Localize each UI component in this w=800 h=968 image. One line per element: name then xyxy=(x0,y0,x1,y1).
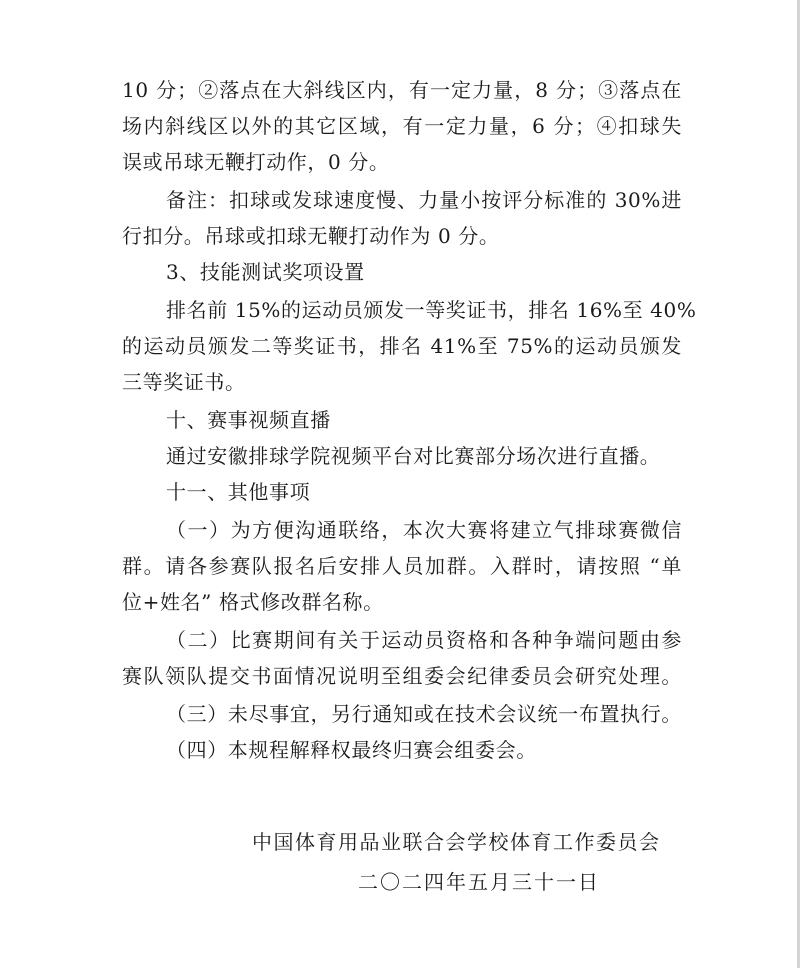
section-10-body: 通过安徽排球学院视频平台对比赛部分场次进行直播。 xyxy=(166,441,682,471)
remark-line-1: 备注：扣球或发球速度慢、力量小按评分标准的 30%进 xyxy=(166,185,682,215)
signature-date: 二〇二四年五月三十一日 xyxy=(358,867,600,897)
section-3-line-3: 三等奖证书。 xyxy=(122,367,682,397)
section-3-line-1: 排名前 15%的运动员颁发一等奖证书，排名 16%至 40% xyxy=(166,295,682,325)
scoring-line-2: 场内斜线区以外的其它区域，有一定力量，6 分；④扣球失 xyxy=(122,111,682,141)
section-11-item-1-line-3: 位+姓名” 格式修改群名称。 xyxy=(122,587,682,617)
signature-organization: 中国体育用品业联合会学校体育工作委员会 xyxy=(252,827,661,857)
section-11-item-1-line-2: 群。请各参赛队报名后安排人员加群。入群时，请按照 “单 xyxy=(122,551,682,581)
section-3-line-2: 的运动员颁发二等奖证书，排名 41%至 75%的运动员颁发 xyxy=(122,331,682,361)
section-11-item-2-line-1: （二）比赛期间有关于运动员资格和各种争端问题由参 xyxy=(166,625,682,655)
section-10-heading: 十、赛事视频直播 xyxy=(166,405,682,435)
section-11-item-1-line-1: （一）为方便沟通联络，本次大赛将建立气排球赛微信 xyxy=(166,515,682,545)
document-page: 10 分；②落点在大斜线区内，有一定力量，8 分；③落点在 场内斜线区以外的其它… xyxy=(0,0,800,968)
section-11-item-3: （三）未尽事宜，另行通知或在技术会议统一布置执行。 xyxy=(166,699,682,729)
section-3-heading: 3、技能测试奖项设置 xyxy=(166,257,682,287)
remark-line-2: 行扣分。吊球或扣球无鞭打动作为 0 分。 xyxy=(122,221,682,251)
section-11-item-2-line-2: 赛队领队提交书面情况说明至组委会纪律委员会研究处理。 xyxy=(122,661,682,691)
section-11-heading: 十一、其他事项 xyxy=(166,477,682,507)
scoring-line-1: 10 分；②落点在大斜线区内，有一定力量，8 分；③落点在 xyxy=(122,75,682,105)
section-11-item-4: （四）本规程解释权最终归赛会组委会。 xyxy=(166,735,682,765)
scoring-line-3: 误或吊球无鞭打动作，0 分。 xyxy=(122,147,682,177)
